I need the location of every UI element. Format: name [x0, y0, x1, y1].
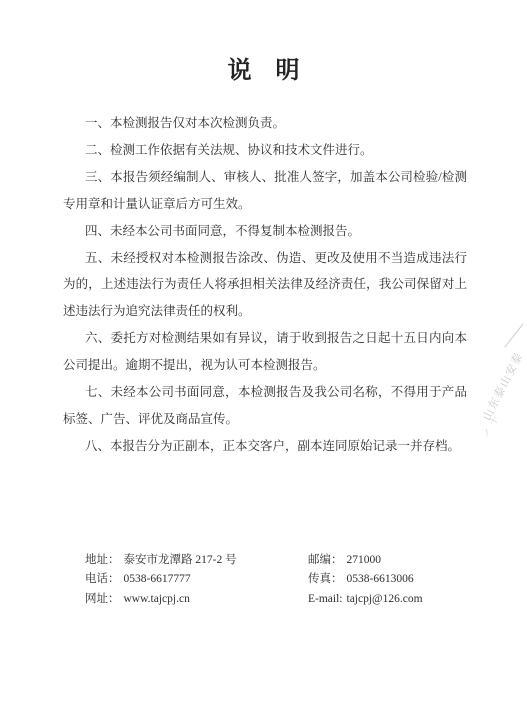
contact-postcode-label: 邮编：	[308, 554, 343, 566]
note-paragraph-3: 三、本报告须经编制人、审核人、批准人签字，加盖本公司检验/检测专用章和计量认证章…	[63, 164, 467, 218]
contact-block: 地址：泰安市龙潭路 217-2 号 电话：0538-6617777 网址：www…	[85, 551, 475, 609]
note-paragraph-5: 五、未经授权对本检测报告涂改、伪造、更改及使用不当造成违法行为的，上述违法行为责…	[63, 245, 467, 326]
note-paragraph-6: 六、委托方对检测结果如有异议，请于收到报告之日起十五日内向本公司提出。逾期不提出…	[63, 325, 467, 379]
contact-postcode-value: 271000	[347, 554, 382, 566]
document-page: 说 明 一、本检测报告仅对本次检测负责。 二、检测工作依据有关法规、协议和技术文…	[0, 0, 527, 725]
notes-section: 一、本检测报告仅对本次检测负责。 二、检测工作依据有关法规、协议和技术文件进行。…	[63, 110, 467, 460]
note-paragraph-2: 二、检测工作依据有关法规、协议和技术文件进行。	[63, 137, 467, 164]
note-paragraph-1: 一、本检测报告仅对本次检测负责。	[63, 110, 467, 137]
contact-address-row: 地址：泰安市龙潭路 217-2 号	[85, 551, 308, 570]
note-paragraph-7: 七、未经本公司书面同意，本检测报告及我公司名称，不得用于产品标签、广告、评优及商…	[63, 379, 467, 433]
contact-phone-label: 电话：	[85, 573, 120, 585]
stamp-edge-line	[504, 323, 523, 347]
contact-fax-row: 传真：0538-6613006	[308, 570, 423, 589]
contact-website-row: 网址：www.tajcpj.cn	[85, 590, 308, 609]
contact-website-value: www.tajcpj.cn	[124, 593, 190, 605]
contact-address-label: 地址：	[85, 554, 120, 566]
page-title: 说 明	[0, 50, 527, 85]
contact-fax-value: 0538-6613006	[347, 573, 414, 585]
contact-column-left: 地址：泰安市龙潭路 217-2 号 电话：0538-6617777 网址：www…	[85, 551, 308, 609]
note-paragraph-4: 四、未经本公司书面同意，不得复制本检测报告。	[63, 218, 467, 245]
note-paragraph-8: 八、本报告分为正副本，正本交客户，副本连同原始记录一并存档。	[63, 433, 467, 460]
stamp-edge-tick-mark: ノ	[479, 425, 494, 441]
contact-phone-row: 电话：0538-6617777	[85, 570, 308, 589]
contact-email-label: E-mail:	[308, 593, 343, 605]
stamp-edge-plus-mark: 十	[486, 413, 502, 427]
edge-stamp-watermark: 山东泰山安泰 十 ノ	[477, 320, 527, 450]
contact-phone-value: 0538-6617777	[124, 573, 191, 585]
contact-fax-label: 传真：	[308, 573, 343, 585]
contact-email-row: E-mail:tajcpj@126.com	[308, 590, 423, 609]
contact-address-value: 泰安市龙潭路 217-2 号	[124, 554, 237, 566]
stamp-edge-text: 山东泰山安泰	[478, 349, 526, 423]
contact-column-right: 邮编：271000 传真：0538-6613006 E-mail:tajcpj@…	[308, 551, 423, 609]
contact-email-value: tajcpj@126.com	[347, 593, 423, 605]
contact-website-label: 网址：	[85, 593, 120, 605]
contact-postcode-row: 邮编：271000	[308, 551, 423, 570]
